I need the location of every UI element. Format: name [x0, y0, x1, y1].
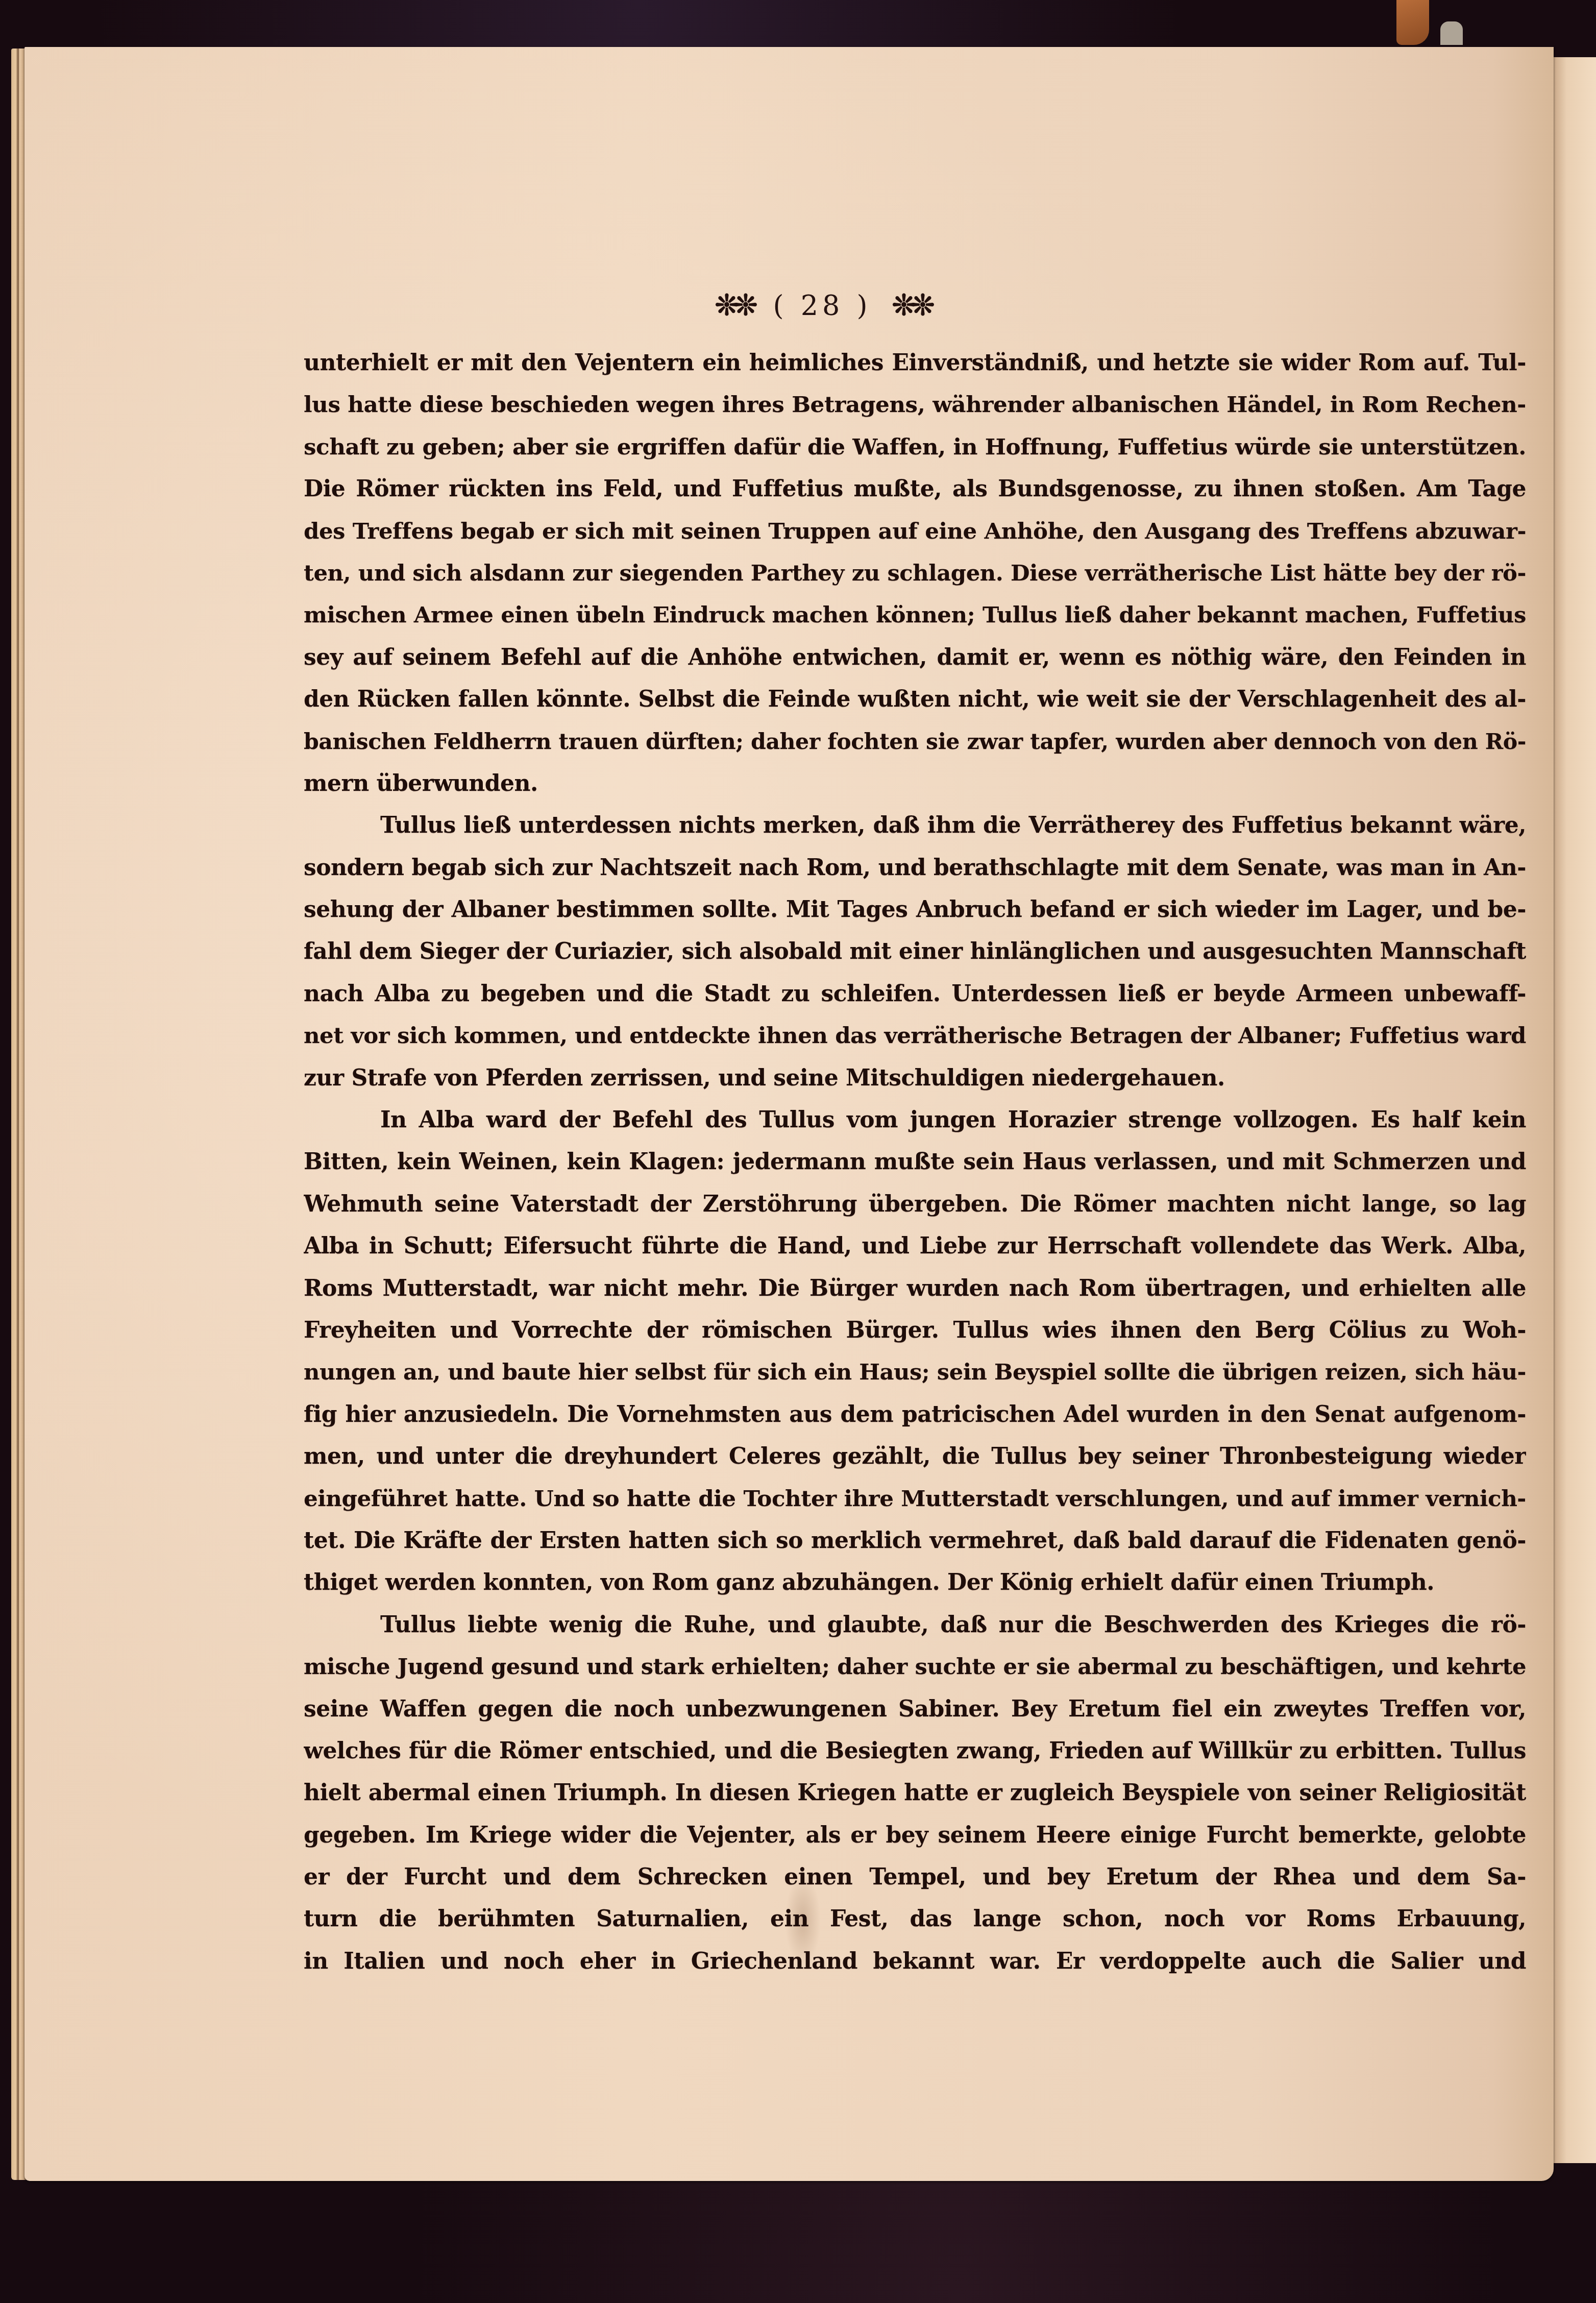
paragraph-end-line: zur Strafe von Pferden zerrissen, und se… — [304, 1057, 1526, 1099]
paragraph-end-line: thiget werden konnten, von Rom ganz abzu… — [304, 1562, 1526, 1604]
text-line: er der Furcht und dem Schrecken einen Te… — [304, 1856, 1526, 1898]
text-line: nungen an, und baute hier selbst für sic… — [304, 1351, 1526, 1393]
text-line: Die Römer rückten ins Feld, und Fuffetiu… — [304, 468, 1526, 510]
ornament-left-icon: ❊❊ — [715, 288, 753, 322]
text-line: in Italien und noch eher in Griechenland… — [304, 1941, 1526, 1982]
ornament-right-icon: ❊❊ — [892, 288, 930, 322]
text-line: fig hier anzusiedeln. Die Vornehmsten au… — [304, 1394, 1526, 1436]
text-line: tet. Die Kräfte der Ersten hatten sich s… — [304, 1520, 1526, 1562]
text-line: Bitten, kein Weinen, kein Klagen: jederm… — [304, 1141, 1526, 1183]
text-line: banischen Feldherrn trauen dürften; dahe… — [304, 721, 1526, 763]
text-line: lus hatte diese beschieden wegen ihres B… — [304, 384, 1526, 426]
text-line: sehung der Albaner bestimmen sollte. Mit… — [304, 889, 1526, 931]
text-line: hielt abermal einen Triumph. In diesen K… — [304, 1772, 1526, 1814]
text-line: den Rücken fallen könnte. Selbst die Fei… — [304, 678, 1526, 720]
text-line: schaft zu geben; aber sie ergriffen dafü… — [304, 426, 1526, 468]
text-line: sondern begab sich zur Nachtszeit nach R… — [304, 847, 1526, 889]
text-line: des Treffens begab er sich mit seinen Tr… — [304, 511, 1526, 552]
text-line: net vor sich kommen, und entdeckte ihnen… — [304, 1015, 1526, 1057]
torn-paper-fragment — [1396, 0, 1429, 45]
paragraph-start-line: Tullus ließ unterdessen nichts merken, d… — [304, 805, 1526, 846]
text-line: Alba in Schutt; Eifersucht führte die Ha… — [304, 1225, 1526, 1267]
text-line: mische Jugend gesund und stark erhielten… — [304, 1646, 1526, 1688]
text-line: welches für die Römer entschied, und die… — [304, 1730, 1526, 1772]
text-line: seine Waffen gegen die noch unbezwungene… — [304, 1688, 1526, 1730]
paragraph-start-line: Tullus liebte wenig die Ruhe, und glaubt… — [304, 1604, 1526, 1646]
text-line: Wehmuth seine Vaterstadt der Zerstöhrung… — [304, 1183, 1526, 1225]
text-line: turn die berühmten Saturnalien, ein Fest… — [304, 1898, 1526, 1940]
text-line: unterhielt er mit den Vejentern ein heim… — [304, 342, 1526, 384]
text-line: ten, und sich alsdann zur siegenden Part… — [304, 552, 1526, 594]
page-number: ( 28 ) — [773, 289, 871, 322]
text-line: gegeben. Im Kriege wider die Vejenter, a… — [304, 1814, 1526, 1856]
text-line: mischen Armee einen übeln Eindruck mache… — [304, 594, 1526, 636]
page-header: ❊❊ ( 28 ) ❊❊ — [0, 288, 1596, 322]
torn-paper-fragment-light — [1440, 21, 1463, 45]
text-line: fahl dem Sieger der Curiazier, sich also… — [304, 931, 1526, 973]
paragraph-start-line: In Alba ward der Befehl des Tullus vom j… — [304, 1099, 1526, 1141]
paragraph-end-line: mern überwunden. — [304, 763, 1526, 805]
text-line: eingeführet hatte. Und so hatte die Toch… — [304, 1478, 1526, 1520]
text-line: Freyheiten und Vorrechte der römischen B… — [304, 1310, 1526, 1351]
facing-page-edge — [1554, 57, 1596, 2163]
body-text: unterhielt er mit den Vejentern ein heim… — [304, 342, 1526, 1982]
text-line: sey auf seinem Befehl auf die Anhöhe ent… — [304, 637, 1526, 678]
text-line: nach Alba zu begeben und die Stadt zu sc… — [304, 973, 1526, 1015]
text-line: men, und unter die dreyhundert Celeres g… — [304, 1436, 1526, 1477]
text-line: Roms Mutterstadt, war nicht mehr. Die Bü… — [304, 1268, 1526, 1310]
